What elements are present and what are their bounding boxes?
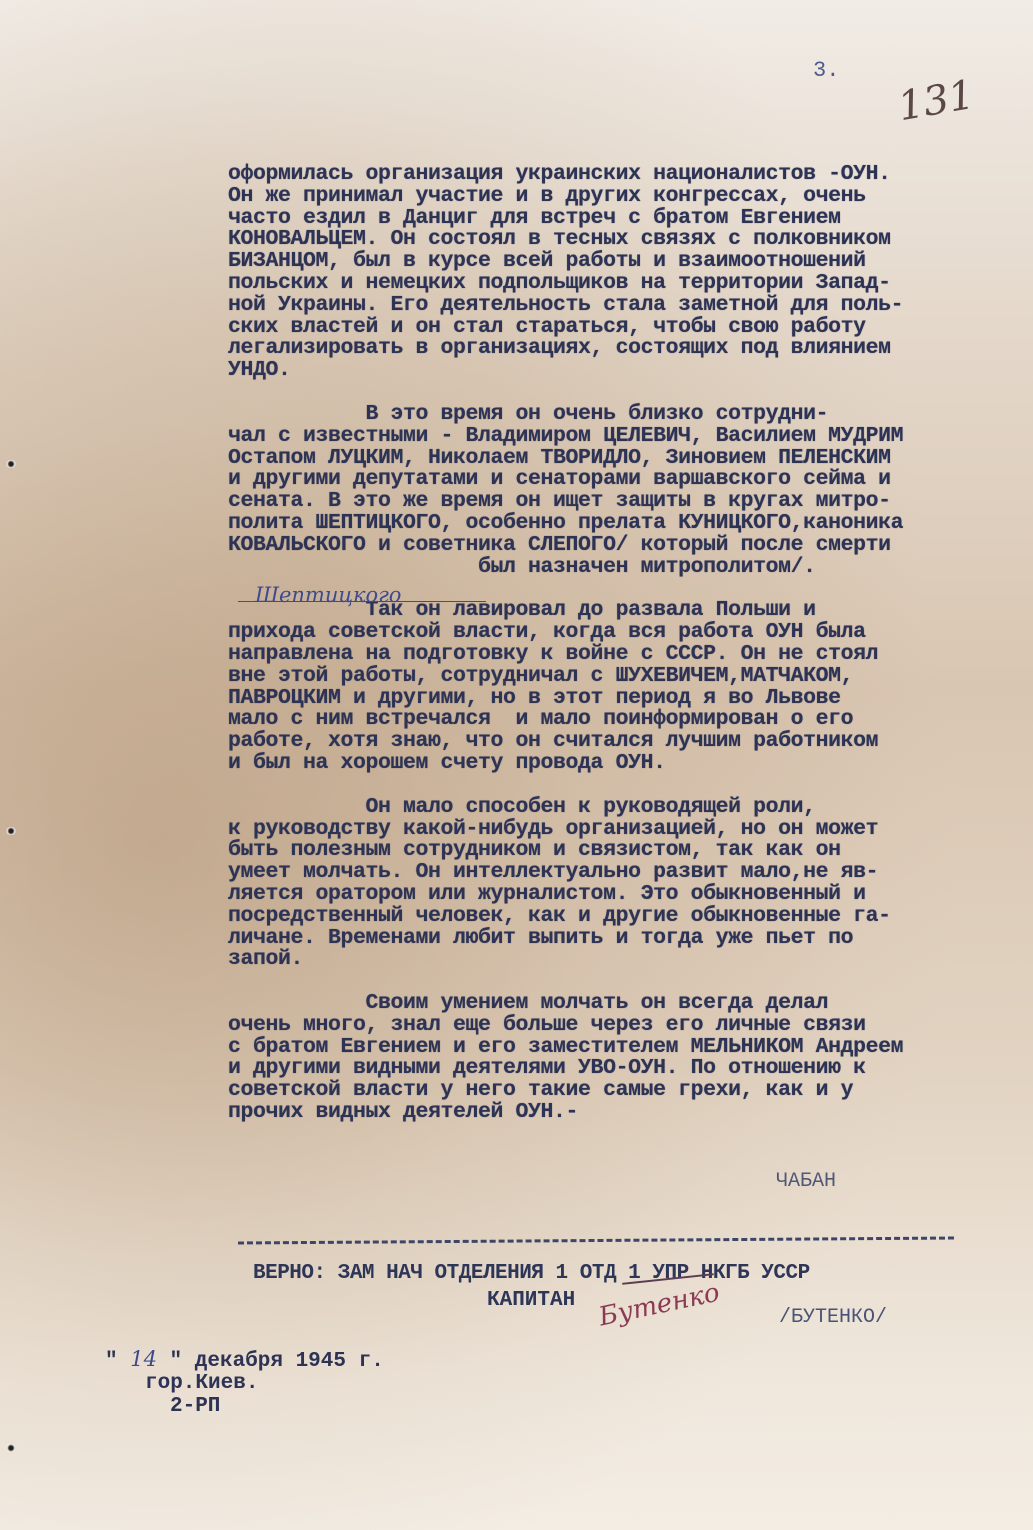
text-line: советской власти у него такие самые грех… bbox=[228, 1080, 1028, 1102]
text-line: КОНОВАЛЬЦЕМ. Он состоял в тесных связях … bbox=[228, 229, 1028, 251]
text-line: вне этой работы, сотрудничал с ШУХЕВИЧЕМ… bbox=[228, 666, 1028, 688]
text-line: чал с известными - Владимиром ЦЕЛЕВИЧ, В… bbox=[228, 426, 1028, 448]
paragraph: Своим умением молчать он всегда делалоче… bbox=[228, 993, 1028, 1124]
date-line: " 14 " декабря 1945 г. bbox=[105, 1347, 384, 1373]
punch-hole bbox=[6, 460, 16, 468]
paragraph: Так он лавировал до развала Польши иприх… bbox=[228, 600, 1028, 774]
text-line: быть полезным сотрудником и связистом, т… bbox=[228, 840, 1028, 862]
archive-mark: 131 bbox=[895, 72, 978, 131]
text-line: посредственный человек, как и другие обы… bbox=[228, 906, 1028, 928]
certification-line: ВЕРНО: ЗАМ НАЧ ОТДЕЛЕНИЯ 1 ОТД 1 УПР НКГ… bbox=[253, 1262, 810, 1285]
text-line: Он же принимал участие и в других конгре… bbox=[228, 186, 1028, 208]
text-line: личане. Временами любит выпить и тогда у… bbox=[228, 928, 1028, 950]
handwritten-signature: Бутенко bbox=[596, 1278, 722, 1333]
punch-hole bbox=[6, 1444, 16, 1452]
separator-rule bbox=[238, 1237, 954, 1245]
text-line: КОВАЛЬСКОГО и советника СЛЕПОГО/ который… bbox=[228, 535, 1028, 557]
text-line: и был на хорошем счету провода ОУН. bbox=[228, 753, 1028, 775]
text-line: оформилась организация украинских национ… bbox=[228, 164, 1028, 186]
text-line: часто ездил в Данциг для встреч с братом… bbox=[228, 208, 1028, 230]
text-line: с братом Евгением и его заместителем МЕЛ… bbox=[228, 1037, 1028, 1059]
text-line: и другими видными деятелями УВО-ОУН. По … bbox=[228, 1058, 1028, 1080]
author-signature: ЧАБАН bbox=[776, 1170, 836, 1193]
text-line: ной Украины. Его деятельность стала заме… bbox=[228, 295, 1028, 317]
text-line: прихода советской власти, когда вся рабо… bbox=[228, 622, 1028, 644]
text-line: легализировать в организациях, состоящих… bbox=[228, 338, 1028, 360]
text-line: очень много, знал еще больше через его л… bbox=[228, 1015, 1028, 1037]
text-line: направлена на подготовку к войне с СССР.… bbox=[228, 644, 1028, 666]
certification-rank: КАПИТАН bbox=[487, 1289, 575, 1312]
text-line: был назначен митрополитом/. bbox=[228, 557, 1028, 579]
text-line: сената. В это же время он ищет защиты в … bbox=[228, 491, 1028, 513]
text-line: запой. bbox=[228, 949, 1028, 971]
text-line: Своим умением молчать он всегда делал bbox=[228, 993, 1028, 1015]
text-line: В это время он очень близко сотрудни- bbox=[228, 404, 1028, 426]
text-line: умеет молчать. Он интеллектуально развит… bbox=[228, 862, 1028, 884]
text-line: мало с ним встречался и мало поинформиро… bbox=[228, 709, 1028, 731]
city: гор.Киев. bbox=[145, 1372, 258, 1395]
paragraph: Он мало способен к руководящей роли,к ру… bbox=[228, 797, 1028, 971]
text-line: Он мало способен к руководящей роли, bbox=[228, 797, 1028, 819]
text-line: работе, хотя знаю, что он считался лучши… bbox=[228, 731, 1028, 753]
page-number: 3. bbox=[813, 58, 839, 83]
text-line: ляется оратором или журналистом. Это обы… bbox=[228, 884, 1028, 906]
certifier-name: /БУТЕНКО/ bbox=[779, 1306, 887, 1329]
text-line: и другими депутатами и сенаторами варшав… bbox=[228, 469, 1028, 491]
paragraph: В это время он очень близко сотрудни-чал… bbox=[228, 404, 1028, 578]
date-day: 14 bbox=[130, 1347, 157, 1371]
punch-hole bbox=[6, 827, 16, 835]
text-line: полита ШЕПТИЦКОГО, особенно прелата КУНИ… bbox=[228, 513, 1028, 535]
text-line: прочих видных деятелей ОУН.- bbox=[228, 1102, 1028, 1124]
text-line: ских властей и он стал стараться, чтобы … bbox=[228, 317, 1028, 339]
copies-mark: 2-РП bbox=[170, 1395, 220, 1418]
text-line: УНДО. bbox=[228, 360, 1028, 382]
document-body: оформилась организация украинских национ… bbox=[228, 164, 1028, 1146]
date-rest: декабря 1945 г. bbox=[195, 1350, 384, 1373]
handwritten-insert: Шептицкого bbox=[255, 583, 401, 607]
text-line: польских и немецких подпольщиков на терр… bbox=[228, 273, 1028, 295]
text-line: БИЗАНЦОМ, был в курсе всей работы и взаи… bbox=[228, 251, 1028, 273]
paragraph: оформилась организация украинских национ… bbox=[228, 164, 1028, 382]
